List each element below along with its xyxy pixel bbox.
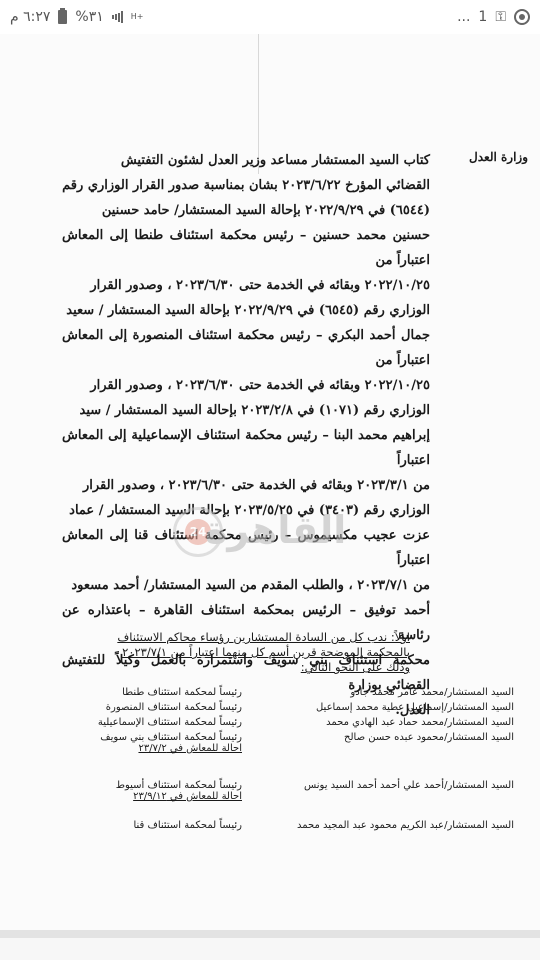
body-line: كتاب السيد المستشار مساعد وزير العدل لشئ… (62, 148, 430, 173)
status-left-group: ٦:٢٧ م %٣١ H+ (10, 9, 143, 25)
position-text: رئيساً لمحكمة استئناف المنصورة (106, 702, 242, 713)
ministry-header: وزارة العدل (469, 150, 528, 164)
position-cell: رئيساً لمحكمة استئناف بني سويف احالة للم… (84, 732, 264, 754)
name-cell: محمد عامر محمد جادو (264, 687, 444, 698)
table-row: السيد المستشار/ أحمد علي أحمد أحمد السيد… (12, 774, 532, 820)
body-line: من ٢٠٢٣/٧/١ ، والطلب المقدم من السيد الم… (62, 573, 430, 598)
body-line: حسنين محمد حسنين – رئيس محكمة استئناف طن… (62, 223, 430, 273)
key-icon: ⚿ (495, 9, 506, 25)
clock: ٦:٢٧ م (10, 9, 50, 25)
table-row: السيد المستشار/ محمود عبده حسن صالح رئيس… (12, 732, 532, 774)
table-row: السيد المستشار/ عبد الكريم محمود عبد الم… (12, 820, 532, 838)
record-icon (514, 9, 530, 25)
name-cell: محمود عبده حسن صالح (264, 732, 444, 743)
notification-count: 1 (478, 9, 487, 25)
position-text: رئيساً لمحكمة استئناف طنطا (122, 687, 242, 698)
name-cell: إسماعيل عطية محمد إسماعيل (264, 702, 444, 713)
table-row: السيد المستشار/ إسماعيل عطية محمد إسماعي… (12, 702, 532, 717)
retirement-note: احالة للمعاش في ٢٣/٩/١٢ (84, 791, 242, 802)
title-cell: السيد المستشار/ (444, 780, 532, 791)
title-cell: السيد المستشار/ (444, 820, 532, 831)
title-cell: السيد المستشار/ (444, 717, 532, 728)
section-heading-line: اولاً: ندب كل من السادة المستشارين رؤساء… (62, 630, 410, 645)
section-heading-line: بالمحكمة الموضحة قرين أسم كل منهما اعتبا… (62, 645, 410, 660)
name-cell: محمد حماد عبد الهادي محمد (264, 717, 444, 728)
status-right-group: ... 1 ⚿ (457, 9, 530, 25)
body-line: القضائي المؤرخ ٢٠٢٣/٦/٢٢ بشان بمناسبة صد… (62, 173, 430, 198)
title-cell: السيد المستشار/ (444, 687, 532, 698)
signal-icon (112, 11, 123, 23)
position-text: رئيساً لمحكمة استئناف قنا (133, 820, 242, 831)
network-hplus-icon: H+ (131, 13, 144, 21)
position-text: رئيساً لمحكمة استئناف الإسماعيلية (98, 717, 242, 728)
body-line: الوزاري رقم (٣٤٠٣) في ٢٠٢٣/٥/٢٥ بإحالة ا… (62, 498, 430, 523)
body-line: عزت عجيب مكسيموس – رئيس محكمة استئناف قن… (62, 523, 430, 573)
body-line: ٢٠٢٢/١٠/٢٥ وبقائه في الخدمة حتى ٢٠٢٣/٦/٣… (62, 373, 430, 398)
body-line: الوزاري رقم (٦٥٤٥) في ٢٠٢٢/٩/٢٩ بإحالة ا… (62, 298, 430, 323)
position-cell: رئيساً لمحكمة استئناف أسيوط احالة للمعاش… (84, 780, 264, 802)
position-cell: رئيساً لمحكمة استئناف قنا (84, 820, 264, 831)
title-cell: السيد المستشار/ (444, 702, 532, 713)
body-line: (٦٥٤٤) في ٢٠٢٢/٩/٢٩ بإحالة السيد المستشا… (62, 198, 430, 223)
assignments-table: السيد المستشار/ محمد عامر محمد جادو رئيس… (12, 687, 532, 838)
retirement-note: احالة للمعاش في ٢٣/٧/٢ (84, 743, 242, 754)
body-line: من ٢٠٢٣/٣/١ وبقائه في الخدمة حتى ٢٠٢٣/٦/… (62, 473, 430, 498)
body-line: جمال أحمد البكري – رئيس محكمة استئناف ال… (62, 323, 430, 373)
name-cell: أحمد علي أحمد أحمد السيد يونس (264, 780, 444, 791)
document-page[interactable]: وزارة العدل كتاب السيد المستشار مساعد وز… (0, 34, 540, 930)
position-text: رئيساً لمحكمة استئناف بني سويف (100, 732, 242, 743)
title-cell: السيد المستشار/ (444, 732, 532, 743)
body-line: الوزاري رقم (١٠٧١) في ٢٠٢٣/٢/٨ بإحالة ال… (62, 398, 430, 423)
body-line: إبراهيم محمد البنا – رئيس محكمة استئناف … (62, 423, 430, 473)
battery-icon (58, 10, 67, 24)
section-heading-line: وذلك على النحو التالي: (62, 660, 410, 675)
more-notifications-icon: ... (457, 9, 470, 25)
next-page-preview[interactable] (0, 938, 540, 960)
position-cell: رئيساً لمحكمة استئناف طنطا (84, 687, 264, 698)
position-text: رئيساً لمحكمة استئناف أسيوط (116, 780, 242, 791)
position-cell: رئيساً لمحكمة استئناف المنصورة (84, 702, 264, 713)
status-bar: ٦:٢٧ م %٣١ H+ ... 1 ⚿ (0, 0, 540, 34)
name-cell: عبد الكريم محمود عبد المجيد محمد (264, 820, 444, 831)
body-line: ٢٠٢٢/١٠/٢٥ وبقائه في الخدمة حتى ٢٠٢٣/٦/٣… (62, 273, 430, 298)
battery-percent: %٣١ (75, 9, 103, 25)
page-separator (0, 930, 540, 938)
table-row: السيد المستشار/ محمد عامر محمد جادو رئيس… (12, 687, 532, 702)
section-heading: اولاً: ندب كل من السادة المستشارين رؤساء… (62, 630, 410, 675)
position-cell: رئيساً لمحكمة استئناف الإسماعيلية (84, 717, 264, 728)
table-row: السيد المستشار/ محمد حماد عبد الهادي محم… (12, 717, 532, 732)
